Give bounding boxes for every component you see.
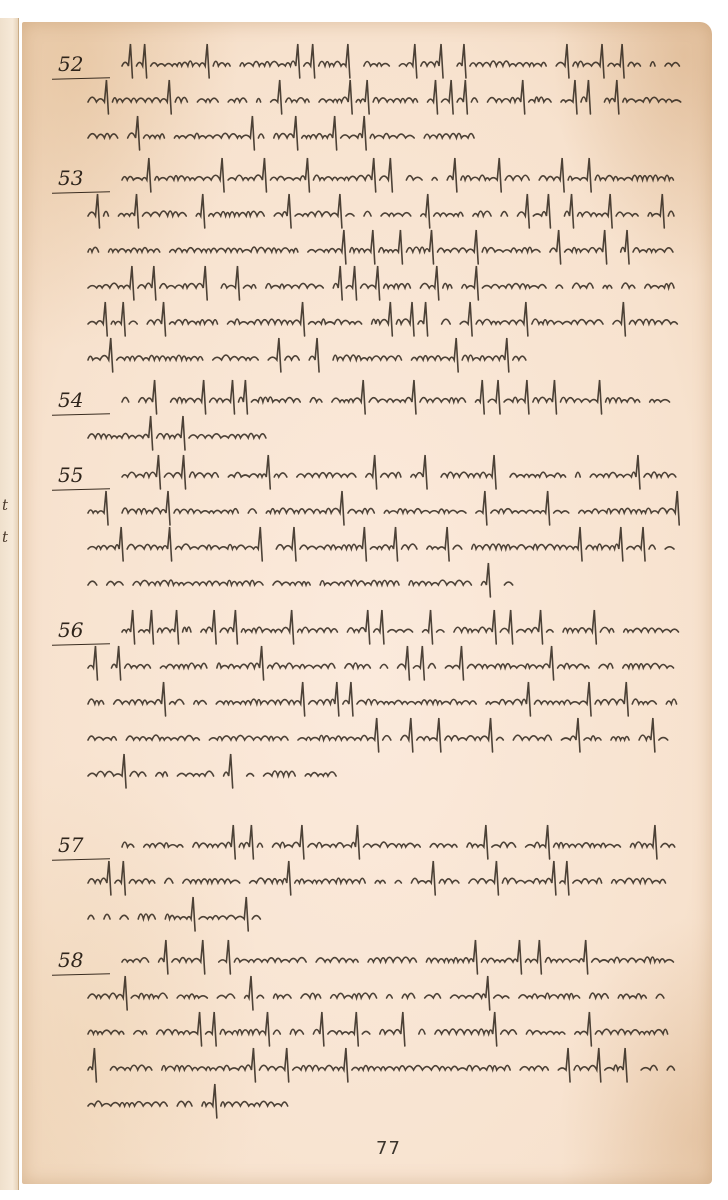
handwritten-line bbox=[88, 754, 336, 788]
handwritten-line bbox=[122, 610, 678, 644]
margin-fragment: t bbox=[2, 498, 8, 513]
paragraph-number: 57 bbox=[58, 833, 83, 857]
handwritten-line bbox=[88, 861, 675, 895]
paragraph-number: 58 bbox=[58, 948, 83, 972]
paragraph-number: 56 bbox=[58, 618, 83, 642]
handwritten-line bbox=[122, 158, 673, 192]
handwritten-line bbox=[88, 1012, 678, 1046]
handwritten-line bbox=[122, 44, 679, 78]
handwritten-line bbox=[88, 527, 674, 561]
paragraph-number: 52 bbox=[58, 52, 83, 76]
handwritten-line bbox=[88, 1048, 674, 1082]
handwritten-line bbox=[88, 718, 678, 752]
page-number: 77 bbox=[376, 1138, 401, 1159]
handwritten-line bbox=[88, 646, 684, 680]
paragraph-number: 55 bbox=[58, 463, 83, 487]
previous-page-edge: t t bbox=[0, 18, 19, 1190]
handwritten-line bbox=[88, 563, 523, 597]
handwritten-line bbox=[88, 682, 677, 716]
handwritten-line bbox=[122, 940, 673, 974]
margin-fragment: t bbox=[2, 530, 8, 545]
handwritten-line bbox=[122, 380, 680, 414]
paragraph-number: 54 bbox=[58, 388, 83, 412]
handwritten-line bbox=[88, 416, 266, 450]
paragraph-number: 53 bbox=[58, 166, 83, 190]
handwritten-line bbox=[122, 455, 686, 489]
handwritten-line bbox=[122, 825, 675, 859]
handwritten-line bbox=[88, 897, 270, 931]
handwritten-line bbox=[88, 80, 681, 114]
handwritten-line bbox=[88, 302, 677, 336]
manuscript-page: 52535455565758 bbox=[22, 22, 712, 1184]
handwritten-line bbox=[88, 976, 674, 1010]
handwritten-line bbox=[88, 338, 526, 372]
handwritten-line bbox=[88, 266, 674, 300]
handwritten-line bbox=[88, 491, 683, 525]
handwritten-line bbox=[88, 230, 673, 264]
handwritten-line bbox=[88, 194, 674, 228]
handwritten-line bbox=[88, 1084, 288, 1118]
handwriting-strokes bbox=[22, 22, 712, 1184]
handwritten-line bbox=[88, 116, 474, 150]
